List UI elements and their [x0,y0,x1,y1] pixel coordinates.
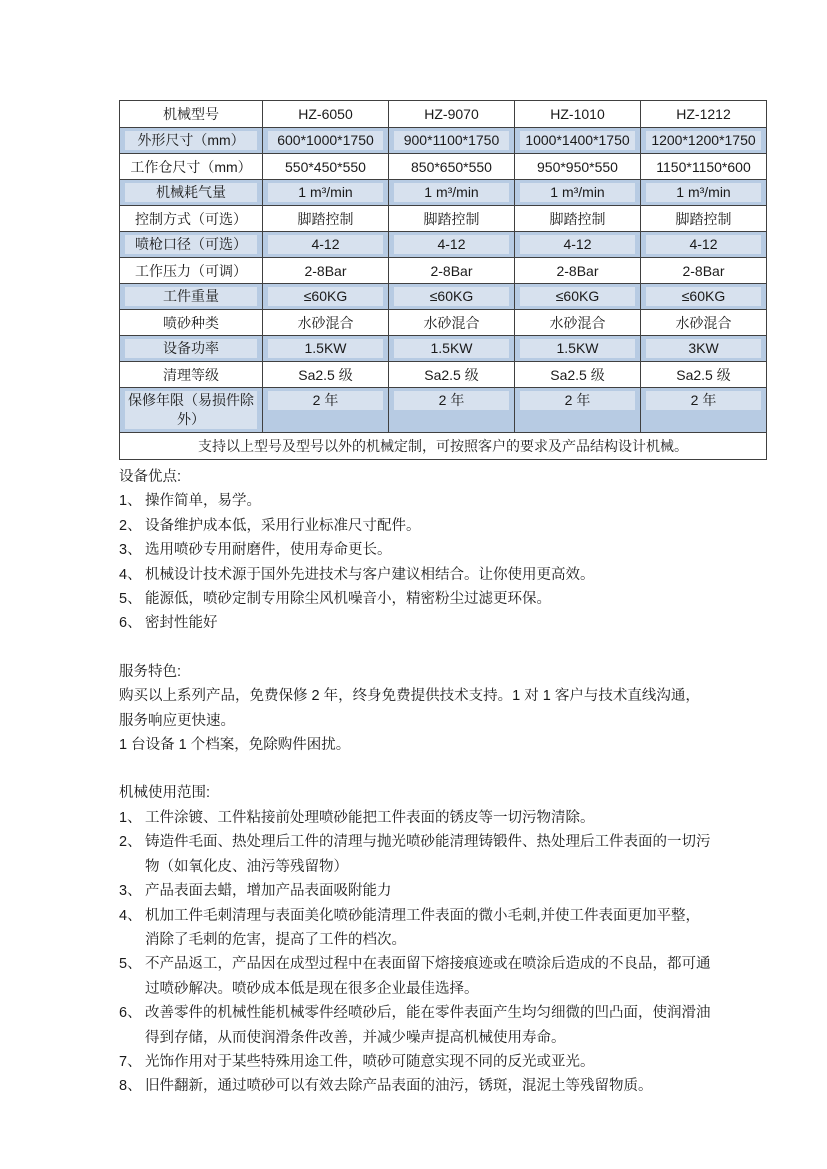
cell-text: Sa2.5 级 [676,367,730,383]
spec-cell: Sa2.5 级 [389,362,515,388]
list-item-text: 能源低，喷砂定制专用除尘风机噪音小，精密粉尘过滤更环保。 [145,587,714,611]
spec-cell: 4-12 [641,232,767,258]
cell-text: 1.5KW [394,339,509,358]
cell-text: 3KW [646,339,761,358]
spec-table-row: 设备功率1.5KW1.5KW1.5KW3KW [120,336,767,362]
cell-text: 脚踏控制 [424,211,480,227]
section-title: 设备优点: [119,465,714,489]
list-item-number: 6、 [119,611,145,635]
spec-cell: 水砂混合 [641,310,767,336]
cell-text: 喷砂种类 [163,315,219,331]
spec-cell: 脚踏控制 [515,206,641,232]
list-item-text: 工件涂镀、工件粘接前处理喷砂能把工件表面的锈皮等一切污物清除。 [145,806,714,830]
list-item: 3、选用喷砂专用耐磨件，使用寿命更长。 [119,538,714,562]
spec-cell: 2-8Bar [641,258,767,284]
list-item-text: 机械设计技术源于国外先进技术与客户建议相结合。让你使用更高效。 [145,563,714,587]
cell-text: 1200*1200*1750 [646,131,761,150]
list-item: 4、机加工件毛刺清理与表面美化喷砂能清理工件表面的微小毛刺,并使工件表面更加平整… [119,904,714,953]
cell-text: 水砂混合 [550,315,606,331]
list-item-text: 改善零件的机械性能机械零件经喷砂后，能在零件表面产生均匀细微的凹凸面，使润滑油得… [145,1001,714,1050]
cell-text: 水砂混合 [424,315,480,331]
cell-text: ≤60KG [268,287,383,306]
list-item: 5、能源低，喷砂定制专用除尘风机噪音小，精密粉尘过滤更环保。 [119,587,714,611]
spec-table-header-row: 机械型号HZ-6050HZ-9070HZ-1010HZ-1212 [120,101,767,128]
cell-text: 工作仓尺寸（mm） [130,159,251,175]
list-item-text: 产品表面去蜡，增加产品表面吸附能力 [145,879,714,903]
spec-cell: 2-8Bar [515,258,641,284]
list-item-number: 7、 [119,1050,145,1074]
spec-cell: Sa2.5 级 [263,362,389,388]
list-item-number: 1、 [119,806,145,830]
cell-text: 1 m³/min [268,183,383,202]
spec-row-label: 控制方式（可选） [120,206,263,232]
list-item-number: 3、 [119,879,145,903]
spec-cell: Sa2.5 级 [641,362,767,388]
list-item-number: 4、 [119,904,145,953]
spec-cell: 900*1100*1750 [389,128,515,154]
cell-text: 600*1000*1750 [268,131,383,150]
spec-table-row: 工件重量≤60KG≤60KG≤60KG≤60KG [120,284,767,310]
spec-cell: 脚踏控制 [263,206,389,232]
spec-cell: 950*950*550 [515,154,641,180]
spec-table-row: 外形尺寸（mm）600*1000*1750900*1100*17501000*1… [120,128,767,154]
spec-header-model: HZ-1212 [641,101,767,128]
cell-text: 脚踏控制 [550,211,606,227]
list-item-text: 密封性能好 [145,611,714,635]
cell-text: 2-8Bar [430,263,472,279]
cell-text: 外形尺寸（mm） [125,131,257,150]
spec-table-row: 清理等级Sa2.5 级Sa2.5 级Sa2.5 级Sa2.5 级 [120,362,767,388]
spec-cell: 1.5KW [515,336,641,362]
cell-text: 水砂混合 [298,315,354,331]
cell-text: 工作压力（可调） [135,263,247,279]
list-item: 2、设备维护成本低，采用行业标准尺寸配件。 [119,514,714,538]
spec-cell: 1.5KW [263,336,389,362]
spec-cell: ≤60KG [389,284,515,310]
list-item-text: 旧件翻新，通过喷砂可以有效去除产品表面的油污，锈斑，混泥土等残留物质。 [145,1074,714,1098]
spec-row-label: 喷枪口径（可选） [120,232,263,258]
list-item: 5、不产品返工，产品因在成型过程中在表面留下熔接痕迹或在喷涂后造成的不良品，都可… [119,952,714,1001]
spec-cell: 1150*1150*600 [641,154,767,180]
cell-text: 2 年 [394,391,509,410]
spec-cell: 2 年 [515,388,641,433]
spec-cell: 脚踏控制 [389,206,515,232]
custom-order-note: 支持以上型号及型号以外的机械定制，可按照客户的要求及产品结构设计机械。 [120,433,767,460]
spec-cell: 2-8Bar [389,258,515,284]
list-item-number: 3、 [119,538,145,562]
cell-text: 1 m³/min [520,183,635,202]
list-item: 8、旧件翻新，通过喷砂可以有效去除产品表面的油污，锈斑，混泥土等残留物质。 [119,1074,714,1098]
cell-text: 清理等级 [163,367,219,383]
cell-text: 1150*1150*600 [656,159,750,175]
cell-text: 设备功率 [125,339,257,358]
spec-cell: 600*1000*1750 [263,128,389,154]
cell-text: 4-12 [394,235,509,254]
cell-text: 4-12 [646,235,761,254]
spec-cell: 4-12 [263,232,389,258]
spec-header-model: HZ-1010 [515,101,641,128]
spec-cell: 1 m³/min [263,180,389,206]
spec-cell: 1.5KW [389,336,515,362]
list-item-text: 设备维护成本低，采用行业标准尺寸配件。 [145,514,714,538]
cell-text: 水砂混合 [676,315,732,331]
cell-text: Sa2.5 级 [298,367,352,383]
spec-table-row: 工作压力（可调）2-8Bar2-8Bar2-8Bar2-8Bar [120,258,767,284]
list-item-number: 5、 [119,952,145,1001]
spec-row-label: 工件重量 [120,284,263,310]
spec-cell: 脚踏控制 [641,206,767,232]
spec-table-row: 机械耗气量1 m³/min1 m³/min1 m³/min1 m³/min [120,180,767,206]
list-item: 2、铸造件毛面、热处理后工件的清理与抛光喷砂能清理铸锻件、热处理后工件表面的一切… [119,830,714,879]
list-item-text: 光饰作用对于某些特殊用途工件，喷砂可随意实现不同的反光或亚光。 [145,1050,714,1074]
spec-row-label: 外形尺寸（mm） [120,128,263,154]
spec-row-label: 清理等级 [120,362,263,388]
list-item-number: 8、 [119,1074,145,1098]
cell-text: ≤60KG [520,287,635,306]
list-item: 4、机械设计技术源于国外先进技术与客户建议相结合。让你使用更高效。 [119,563,714,587]
list-item: 7、光饰作用对于某些特殊用途工件，喷砂可随意实现不同的反光或亚光。 [119,1050,714,1074]
list-item: 1、工件涂镀、工件粘接前处理喷砂能把工件表面的锈皮等一切污物清除。 [119,806,714,830]
spec-cell: ≤60KG [263,284,389,310]
list-item-text: 操作简单，易学。 [145,489,714,513]
spec-table-footer-row: 支持以上型号及型号以外的机械定制，可按照客户的要求及产品结构设计机械。 [120,433,767,460]
cell-text: 脚踏控制 [298,211,354,227]
cell-text: 1000*1400*1750 [520,131,635,150]
cell-text: 4-12 [520,235,635,254]
list-item: 3、产品表面去蜡，增加产品表面吸附能力 [119,879,714,903]
spec-cell: 1 m³/min [515,180,641,206]
spec-cell: ≤60KG [641,284,767,310]
spec-cell: 水砂混合 [389,310,515,336]
cell-text: 保修年限（易损件除外） [125,391,257,429]
cell-text: 4-12 [268,235,383,254]
cell-text: ≤60KG [646,287,761,306]
cell-text: 脚踏控制 [676,211,732,227]
list-item-number: 1、 [119,489,145,513]
list-item-text: 铸造件毛面、热处理后工件的清理与抛光喷砂能清理铸锻件、热处理后工件表面的一切污物… [145,830,714,879]
spec-header-model: HZ-6050 [263,101,389,128]
spec-header-model: HZ-9070 [389,101,515,128]
cell-text: 1.5KW [520,339,635,358]
spec-cell: 4-12 [389,232,515,258]
spec-table-row: 工作仓尺寸（mm）550*450*550850*650*550950*950*5… [120,154,767,180]
spec-cell: 水砂混合 [515,310,641,336]
spec-cell: 1200*1200*1750 [641,128,767,154]
cell-text: 2-8Bar [556,263,598,279]
cell-text: 机械耗气量 [125,183,257,202]
spec-cell: 2-8Bar [263,258,389,284]
body-text: 设备优点:1、操作简单，易学。2、设备维护成本低，采用行业标准尺寸配件。3、选用… [119,465,714,1099]
cell-text: 1 m³/min [394,183,509,202]
list-item-number: 2、 [119,514,145,538]
paragraph: 1 台设备 1 个档案，免除购件困扰。 [119,733,714,757]
list-item-number: 5、 [119,587,145,611]
cell-text: 850*650*550 [411,159,492,175]
spec-cell: 1 m³/min [641,180,767,206]
cell-text: 950*950*550 [537,159,618,175]
list-item-text: 选用喷砂专用耐磨件，使用寿命更长。 [145,538,714,562]
spec-table-row: 喷枪口径（可选）4-124-124-124-12 [120,232,767,258]
list-item-text: 机加工件毛刺清理与表面美化喷砂能清理工件表面的微小毛刺,并使工件表面更加平整，消… [145,904,714,953]
cell-text: 2 年 [646,391,761,410]
spec-row-label: 喷砂种类 [120,310,263,336]
spec-cell: 2 年 [389,388,515,433]
cell-text: 550*450*550 [285,159,366,175]
spec-cell: 550*450*550 [263,154,389,180]
spec-row-label: 工作压力（可调） [120,258,263,284]
spec-cell: 2 年 [263,388,389,433]
list-item: 6、改善零件的机械性能机械零件经喷砂后，能在零件表面产生均匀细微的凹凸面，使润滑… [119,1001,714,1050]
spec-cell: ≤60KG [515,284,641,310]
spec-cell: 3KW [641,336,767,362]
spec-cell: 1000*1400*1750 [515,128,641,154]
cell-text: 1.5KW [268,339,383,358]
list-item: 6、密封性能好 [119,611,714,635]
section-title: 服务特色: [119,660,714,684]
cell-text: 控制方式（可选） [135,211,247,227]
cell-text: Sa2.5 级 [424,367,478,383]
cell-text: 2 年 [268,391,383,410]
list-item-number: 2、 [119,830,145,879]
document-page: 机械型号HZ-6050HZ-9070HZ-1010HZ-1212 外形尺寸（mm… [0,0,827,1169]
cell-text: 900*1100*1750 [394,131,509,150]
spec-table-row: 控制方式（可选）脚踏控制脚踏控制脚踏控制脚踏控制 [120,206,767,232]
cell-text: ≤60KG [394,287,509,306]
spec-cell: 1 m³/min [389,180,515,206]
spec-cell: Sa2.5 级 [515,362,641,388]
machine-spec-table: 机械型号HZ-6050HZ-9070HZ-1010HZ-1212 外形尺寸（mm… [119,100,767,460]
spec-row-label: 工作仓尺寸（mm） [120,154,263,180]
spec-table-row: 保修年限（易损件除外）2 年2 年2 年2 年 [120,388,767,433]
spec-row-label: 保修年限（易损件除外） [120,388,263,433]
spec-row-label: 设备功率 [120,336,263,362]
list-item-text: 不产品返工，产品因在成型过程中在表面留下熔接痕迹或在喷涂后造成的不良品，都可通过… [145,952,714,1001]
cell-text: 喷枪口径（可选） [125,235,257,254]
cell-text: 工件重量 [125,287,257,306]
spec-table-row: 喷砂种类水砂混合水砂混合水砂混合水砂混合 [120,310,767,336]
spec-cell: 4-12 [515,232,641,258]
list-item-number: 6、 [119,1001,145,1050]
spec-row-label: 机械耗气量 [120,180,263,206]
section-title: 机械使用范围: [119,781,714,805]
list-item-number: 4、 [119,563,145,587]
cell-text: Sa2.5 级 [550,367,604,383]
spec-cell: 水砂混合 [263,310,389,336]
document-content: 机械型号HZ-6050HZ-9070HZ-1010HZ-1212 外形尺寸（mm… [119,100,766,1099]
cell-text: 2 年 [520,391,635,410]
cell-text: 2-8Bar [682,263,724,279]
list-item: 1、操作简单，易学。 [119,489,714,513]
spec-cell: 850*650*550 [389,154,515,180]
paragraph: 购买以上系列产品，免费保修 2 年，终身免费提供技术支持。1 对 1 客户与技术… [119,684,714,733]
cell-text: 1 m³/min [646,183,761,202]
spec-header-label: 机械型号 [120,101,263,128]
spec-cell: 2 年 [641,388,767,433]
cell-text: 2-8Bar [304,263,346,279]
